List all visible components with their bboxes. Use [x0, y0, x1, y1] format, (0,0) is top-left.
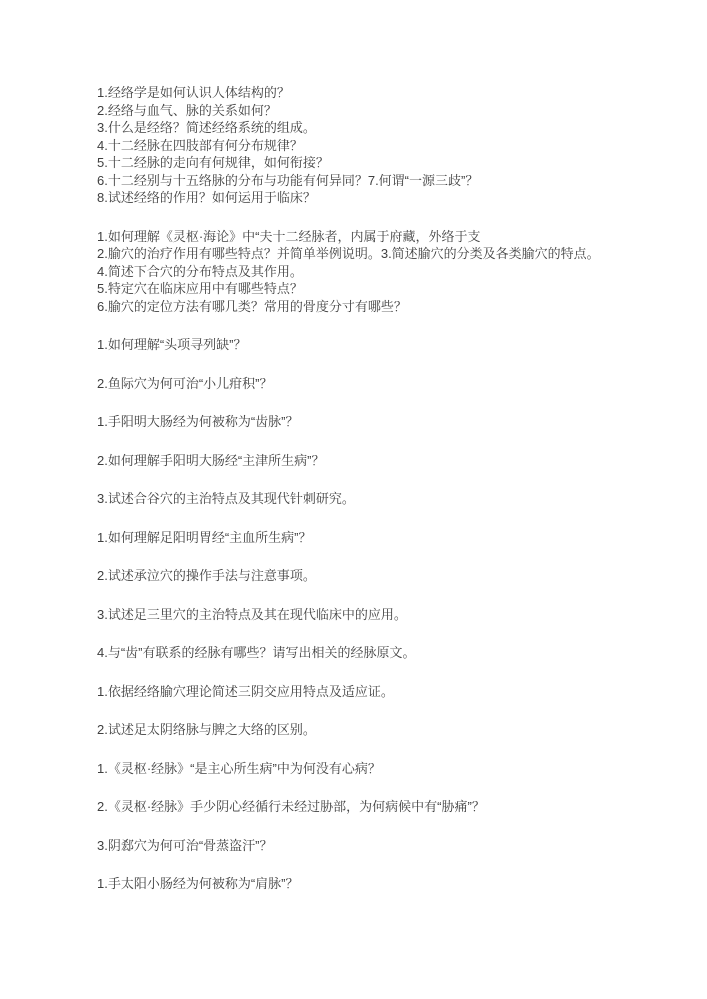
- question-line: 3.试述合谷穴的主治特点及其现代针刺研究。: [97, 490, 707, 508]
- question-line: 5.十二经脉的走向有何规律，如何衔接？: [97, 154, 707, 172]
- question-line: 1.手太阳小肠经为何被称为“肩脉”？: [97, 875, 707, 893]
- question-line: 5.特定穴在临床应用中有哪些特点？: [97, 280, 707, 298]
- question-line: 2.试述足太阴络脉与脾之大络的区别。: [97, 721, 707, 739]
- question-list-singles: 1.如何理解“头项寻列缺”？ 2.鱼际穴为何可治“小儿疳积”？ 1.手阳明大肠经…: [97, 336, 707, 893]
- question-line: 1.依据经络腧穴理论简述三阴交应用特点及适应证。: [97, 683, 707, 701]
- question-line: 2.经络与血气、脉的关系如何？: [97, 102, 707, 120]
- question-line: 3.阴郄穴为何可治“骨蒸盗汗”？: [97, 837, 707, 855]
- question-line: 1.经络学是如何认识人体结构的？: [97, 84, 707, 102]
- question-line: 2.《灵枢·经脉》手少阴心经循行未经过胁部，为何病候中有“胁痛”？: [97, 798, 707, 816]
- question-line: 2.腧穴的治疗作用有哪些特点？并简单举例说明。3.简述腧穴的分类及各类腧穴的特点…: [97, 245, 707, 263]
- question-line: 6.腧穴的定位方法有哪几类？常用的骨度分寸有哪些？: [97, 298, 707, 316]
- question-line: 2.试述承泣穴的操作手法与注意事项。: [97, 567, 707, 585]
- question-line: 1.如何理解《灵枢·海论》中“夫十二经脉者，内属于府藏，外络于支: [97, 228, 707, 246]
- question-line: 1.如何理解“头项寻列缺”？: [97, 336, 707, 354]
- question-line: 4.十二经脉在四肢部有何分布规律？: [97, 137, 707, 155]
- question-line: 3.试述足三里穴的主治特点及其在现代临床中的应用。: [97, 606, 707, 624]
- document-page: 1.经络学是如何认识人体结构的？ 2.经络与血气、脉的关系如何？ 3.什么是经络…: [0, 0, 707, 999]
- question-block-meridian-theory: 1.经络学是如何认识人体结构的？ 2.经络与血气、脉的关系如何？ 3.什么是经络…: [97, 84, 707, 207]
- question-line: 1.手阳明大肠经为何被称为“齿脉”？: [97, 413, 707, 431]
- question-line: 6.十二经别与十五络脉的分布与功能有何异同？7.何谓“一源三歧”？: [97, 172, 707, 190]
- question-line: 1.如何理解足阳明胃经“主血所生病”？: [97, 529, 707, 547]
- question-line: 3.什么是经络？简述经络系统的组成。: [97, 119, 707, 137]
- question-block-acupoints: 1.如何理解《灵枢·海论》中“夫十二经脉者，内属于府藏，外络于支 2.腧穴的治疗…: [97, 228, 707, 316]
- question-line: 8.试述经络的作用？如何运用于临床？: [97, 189, 707, 207]
- question-line: 1.《灵枢·经脉》“是主心所生病”中为何没有心病？: [97, 760, 707, 778]
- question-line: 2.如何理解手阳明大肠经“主津所生病”？: [97, 452, 707, 470]
- document-body: 1.经络学是如何认识人体结构的？ 2.经络与血气、脉的关系如何？ 3.什么是经络…: [97, 84, 707, 914]
- question-line: 4.与“齿”有联系的经脉有哪些？请写出相关的经脉原文。: [97, 644, 707, 662]
- question-line: 2.鱼际穴为何可治“小儿疳积”？: [97, 375, 707, 393]
- question-line: 4.简述下合穴的分布特点及其作用。: [97, 263, 707, 281]
